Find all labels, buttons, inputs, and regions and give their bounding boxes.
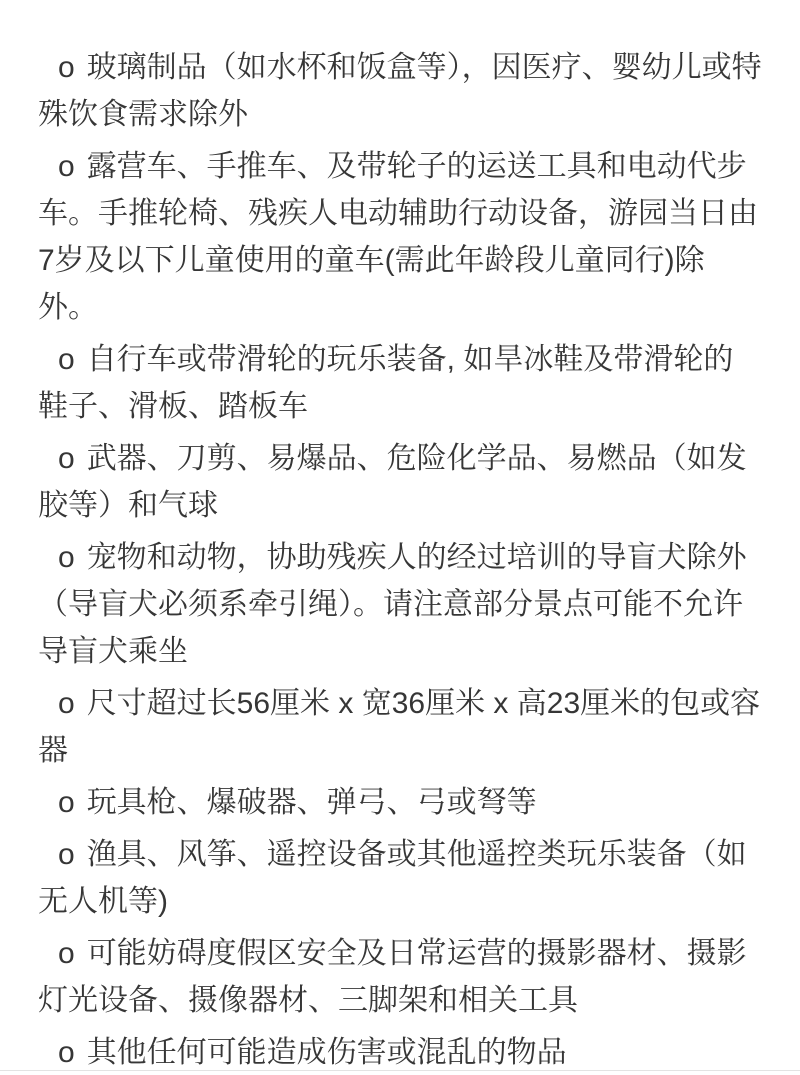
list-item: o武器、刀剪、易爆品、危险化学品、易燃品（如发胶等）和气球 [38, 435, 762, 529]
list-item: o玻璃制品（如水杯和饭盒等），因医疗、婴幼儿或特殊饮食需求除外 [38, 44, 762, 138]
bullet-marker: o [58, 937, 75, 970]
bullet-marker: o [58, 541, 75, 574]
list-item-text: 玻璃制品（如水杯和饭盒等），因医疗、婴幼儿或特殊饮食需求除外 [38, 51, 762, 131]
list-item: o其他任何可能造成伤害或混乱的物品 [38, 1029, 762, 1075]
prohibited-items-list: o玻璃制品（如水杯和饭盒等），因医疗、婴幼儿或特殊饮食需求除外 o露营车、手推车… [0, 0, 800, 1075]
list-item-text: 尺寸超过长56厘米 x 宽36厘米 x 高23厘米的包或容器 [38, 687, 760, 767]
bullet-marker: o [58, 786, 75, 819]
bullet-marker: o [58, 1036, 75, 1069]
list-item: o自行车或带滑轮的玩乐装备, 如旱冰鞋及带滑轮的鞋子、滑板、踏板车 [38, 336, 762, 430]
list-item-text: 玩具枪、爆破器、弹弓、弓或弩等 [87, 786, 537, 819]
list-item-text: 其他任何可能造成伤害或混乱的物品 [87, 1036, 567, 1069]
list-item-text: 宠物和动物，协助残疾人的经过培训的导盲犬除外（导盲犬必须系牵引绳）。请注意部分景… [38, 541, 747, 668]
list-item-text: 渔具、风筝、遥控设备或其他遥控类玩乐装备（如无人机等) [38, 838, 747, 918]
list-item: o玩具枪、爆破器、弹弓、弓或弩等 [38, 779, 762, 826]
bullet-marker: o [58, 687, 75, 720]
bottom-divider [0, 1070, 800, 1075]
list-item-text: 武器、刀剪、易爆品、危险化学品、易燃品（如发胶等）和气球 [38, 442, 747, 522]
bullet-marker: o [58, 150, 75, 183]
list-item: o渔具、风筝、遥控设备或其他遥控类玩乐装备（如无人机等) [38, 831, 762, 925]
list-item: o尺寸超过长56厘米 x 宽36厘米 x 高23厘米的包或容器 [38, 680, 762, 774]
bullet-marker: o [58, 343, 75, 376]
list-item-text: 可能妨碍度假区安全及日常运营的摄影器材、摄影灯光设备、摄像器材、三脚架和相关工具 [38, 937, 747, 1017]
list-item: o宠物和动物，协助残疾人的经过培训的导盲犬除外（导盲犬必须系牵引绳）。请注意部分… [38, 534, 762, 675]
list-item: o可能妨碍度假区安全及日常运营的摄影器材、摄影灯光设备、摄像器材、三脚架和相关工… [38, 930, 762, 1024]
bullet-marker: o [58, 838, 75, 871]
list-item-text: 自行车或带滑轮的玩乐装备, 如旱冰鞋及带滑轮的鞋子、滑板、踏板车 [38, 343, 733, 423]
list-item-text: 露营车、手推车、及带轮子的运送工具和电动代步车。手推轮椅、残疾人电动辅助行动设备… [38, 150, 758, 324]
list-item: o露营车、手推车、及带轮子的运送工具和电动代步车。手推轮椅、残疾人电动辅助行动设… [38, 143, 762, 331]
bullet-marker: o [58, 51, 75, 84]
bullet-marker: o [58, 442, 75, 475]
